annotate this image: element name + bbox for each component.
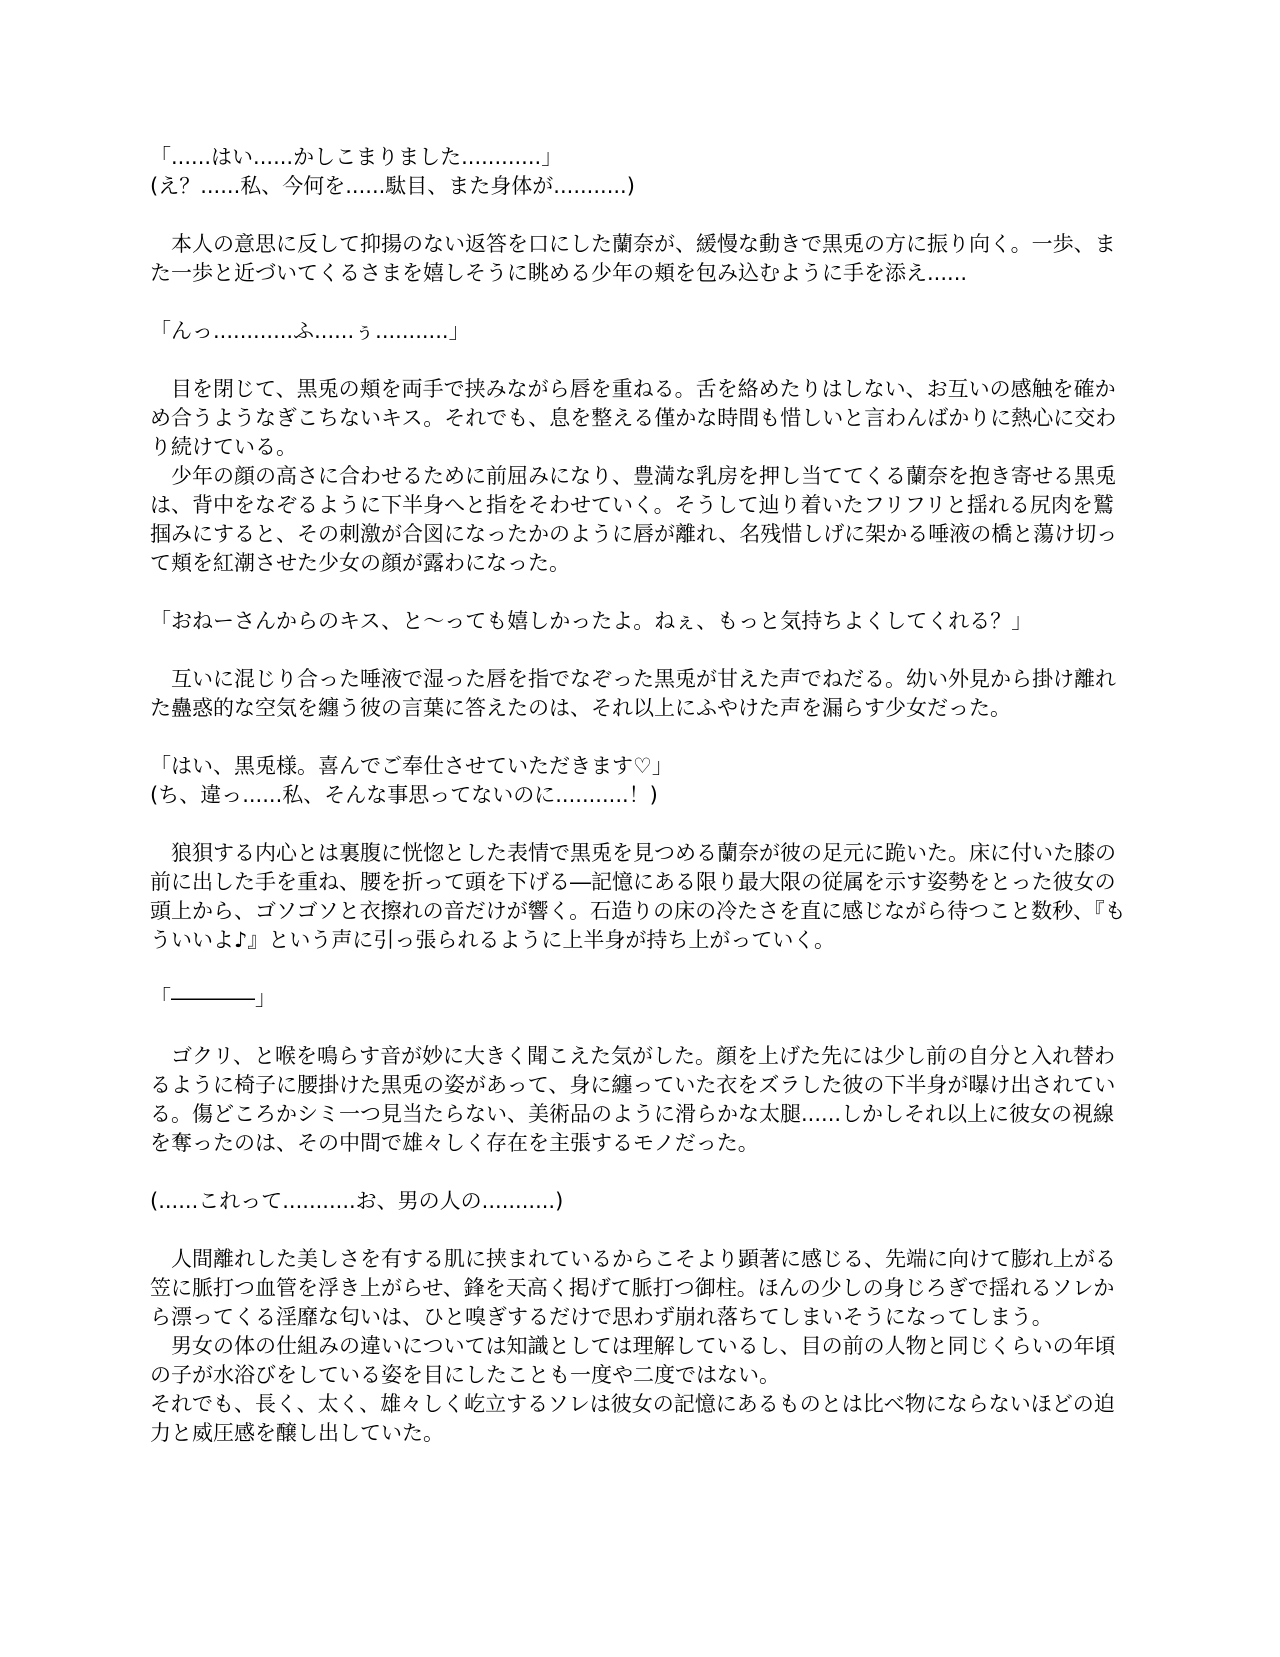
narration-paragraph: 少年の顔の高さに合わせるために前屈みになり、豊満な乳房を押し当ててくる蘭奈を抱き… bbox=[150, 462, 1130, 578]
dialogue-line: 「はい、黒兎様。喜んでご奉仕させていただきます♡」 bbox=[150, 752, 1130, 781]
thought-line: (ち、違っ......私、そんな事思ってないのに...........！) bbox=[150, 781, 1130, 810]
story-page: 「......はい......かしこまりました............」 (え？… bbox=[0, 0, 1280, 1508]
narration-paragraph: 本人の意思に反して抑揚のない返答を口にした蘭奈が、緩慢な動きで黒兎の方に振り向く… bbox=[150, 230, 1130, 288]
narration-paragraph: ゴクリ、と喉を鳴らす音が妙に大きく聞こえた気がした。顔を上げた先には少し前の自分… bbox=[150, 1042, 1130, 1158]
narration-paragraph: それでも、長く、太く、雄々しく屹立するソレは彼女の記憶にあるものとは比べ物になら… bbox=[150, 1390, 1130, 1448]
dialogue-line: 「おねーさんからのキス、と～っても嬉しかったよ。ねぇ、もっと気持ちよくしてくれる… bbox=[150, 607, 1130, 636]
narration-paragraph: 狼狽する内心とは裏腹に恍惚とした表情で黒兎を見つめる蘭奈が彼の足元に跪いた。床に… bbox=[150, 839, 1130, 955]
dialogue-line: 「んっ............ふ......ぅ...........」 bbox=[150, 317, 1130, 346]
narration-paragraph: 男女の体の仕組みの違いについては知識としては理解しているし、目の前の人物と同じく… bbox=[150, 1332, 1130, 1390]
dialogue-line: 「......はい......かしこまりました............」 bbox=[150, 143, 1130, 172]
dialogue-line: 「――――」 bbox=[150, 984, 1130, 1013]
narration-paragraph: 人間離れした美しさを有する肌に挟まれているからこそより顕著に感じる、先端に向けて… bbox=[150, 1245, 1130, 1332]
narration-paragraph: 互いに混じり合った唾液で湿った唇を指でなぞった黒兎が甘えた声でねだる。幼い外見か… bbox=[150, 665, 1130, 723]
thought-line: (え？......私、今何を......駄目、また身体が...........) bbox=[150, 172, 1130, 201]
thought-line: (......これって...........お、男の人の...........) bbox=[150, 1187, 1130, 1216]
narration-paragraph: 目を閉じて、黒兎の頬を両手で挟みながら唇を重ねる。舌を絡めたりはしない、お互いの… bbox=[150, 375, 1130, 462]
